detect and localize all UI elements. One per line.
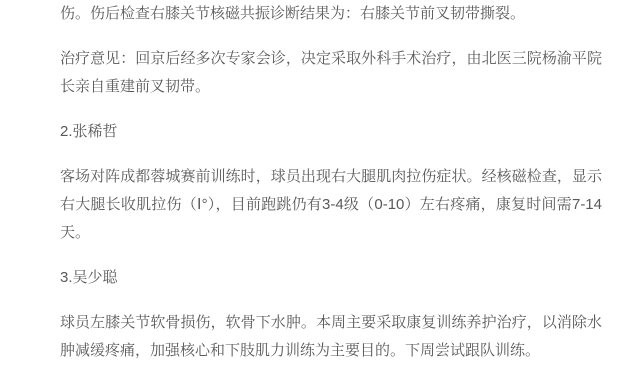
page: { "colors": { "background": "#ffffff", "…	[0, 0, 619, 367]
article-body: 伤。伤后检查右膝关节核磁共振诊断结果为：右膝关节前叉韧带撕裂。 治疗意见：回京后…	[0, 0, 619, 365]
paragraph-treatment-opinion: 治疗意见：回京后经多次专家会诊，决定采取外科手术治疗，由北医三院杨渝平院长亲自重…	[60, 45, 602, 101]
paragraph-player-2-status: 客场对阵成都蓉城赛前训练时，球员出现右大腿肌肉拉伤症状。经核磁检查，显示右大腿长…	[60, 163, 602, 247]
heading-player-3: 3.吴少聪	[60, 264, 602, 292]
heading-player-2: 2.张稀哲	[60, 118, 602, 146]
paragraph-injury-diagnosis: 伤。伤后检查右膝关节核磁共振诊断结果为：右膝关节前叉韧带撕裂。	[60, 0, 602, 28]
paragraph-player-3-status: 球员左膝关节软骨损伤，软骨下水肿。本周主要采取康复训练养护治疗，以消除水肿减缓疼…	[60, 309, 602, 365]
